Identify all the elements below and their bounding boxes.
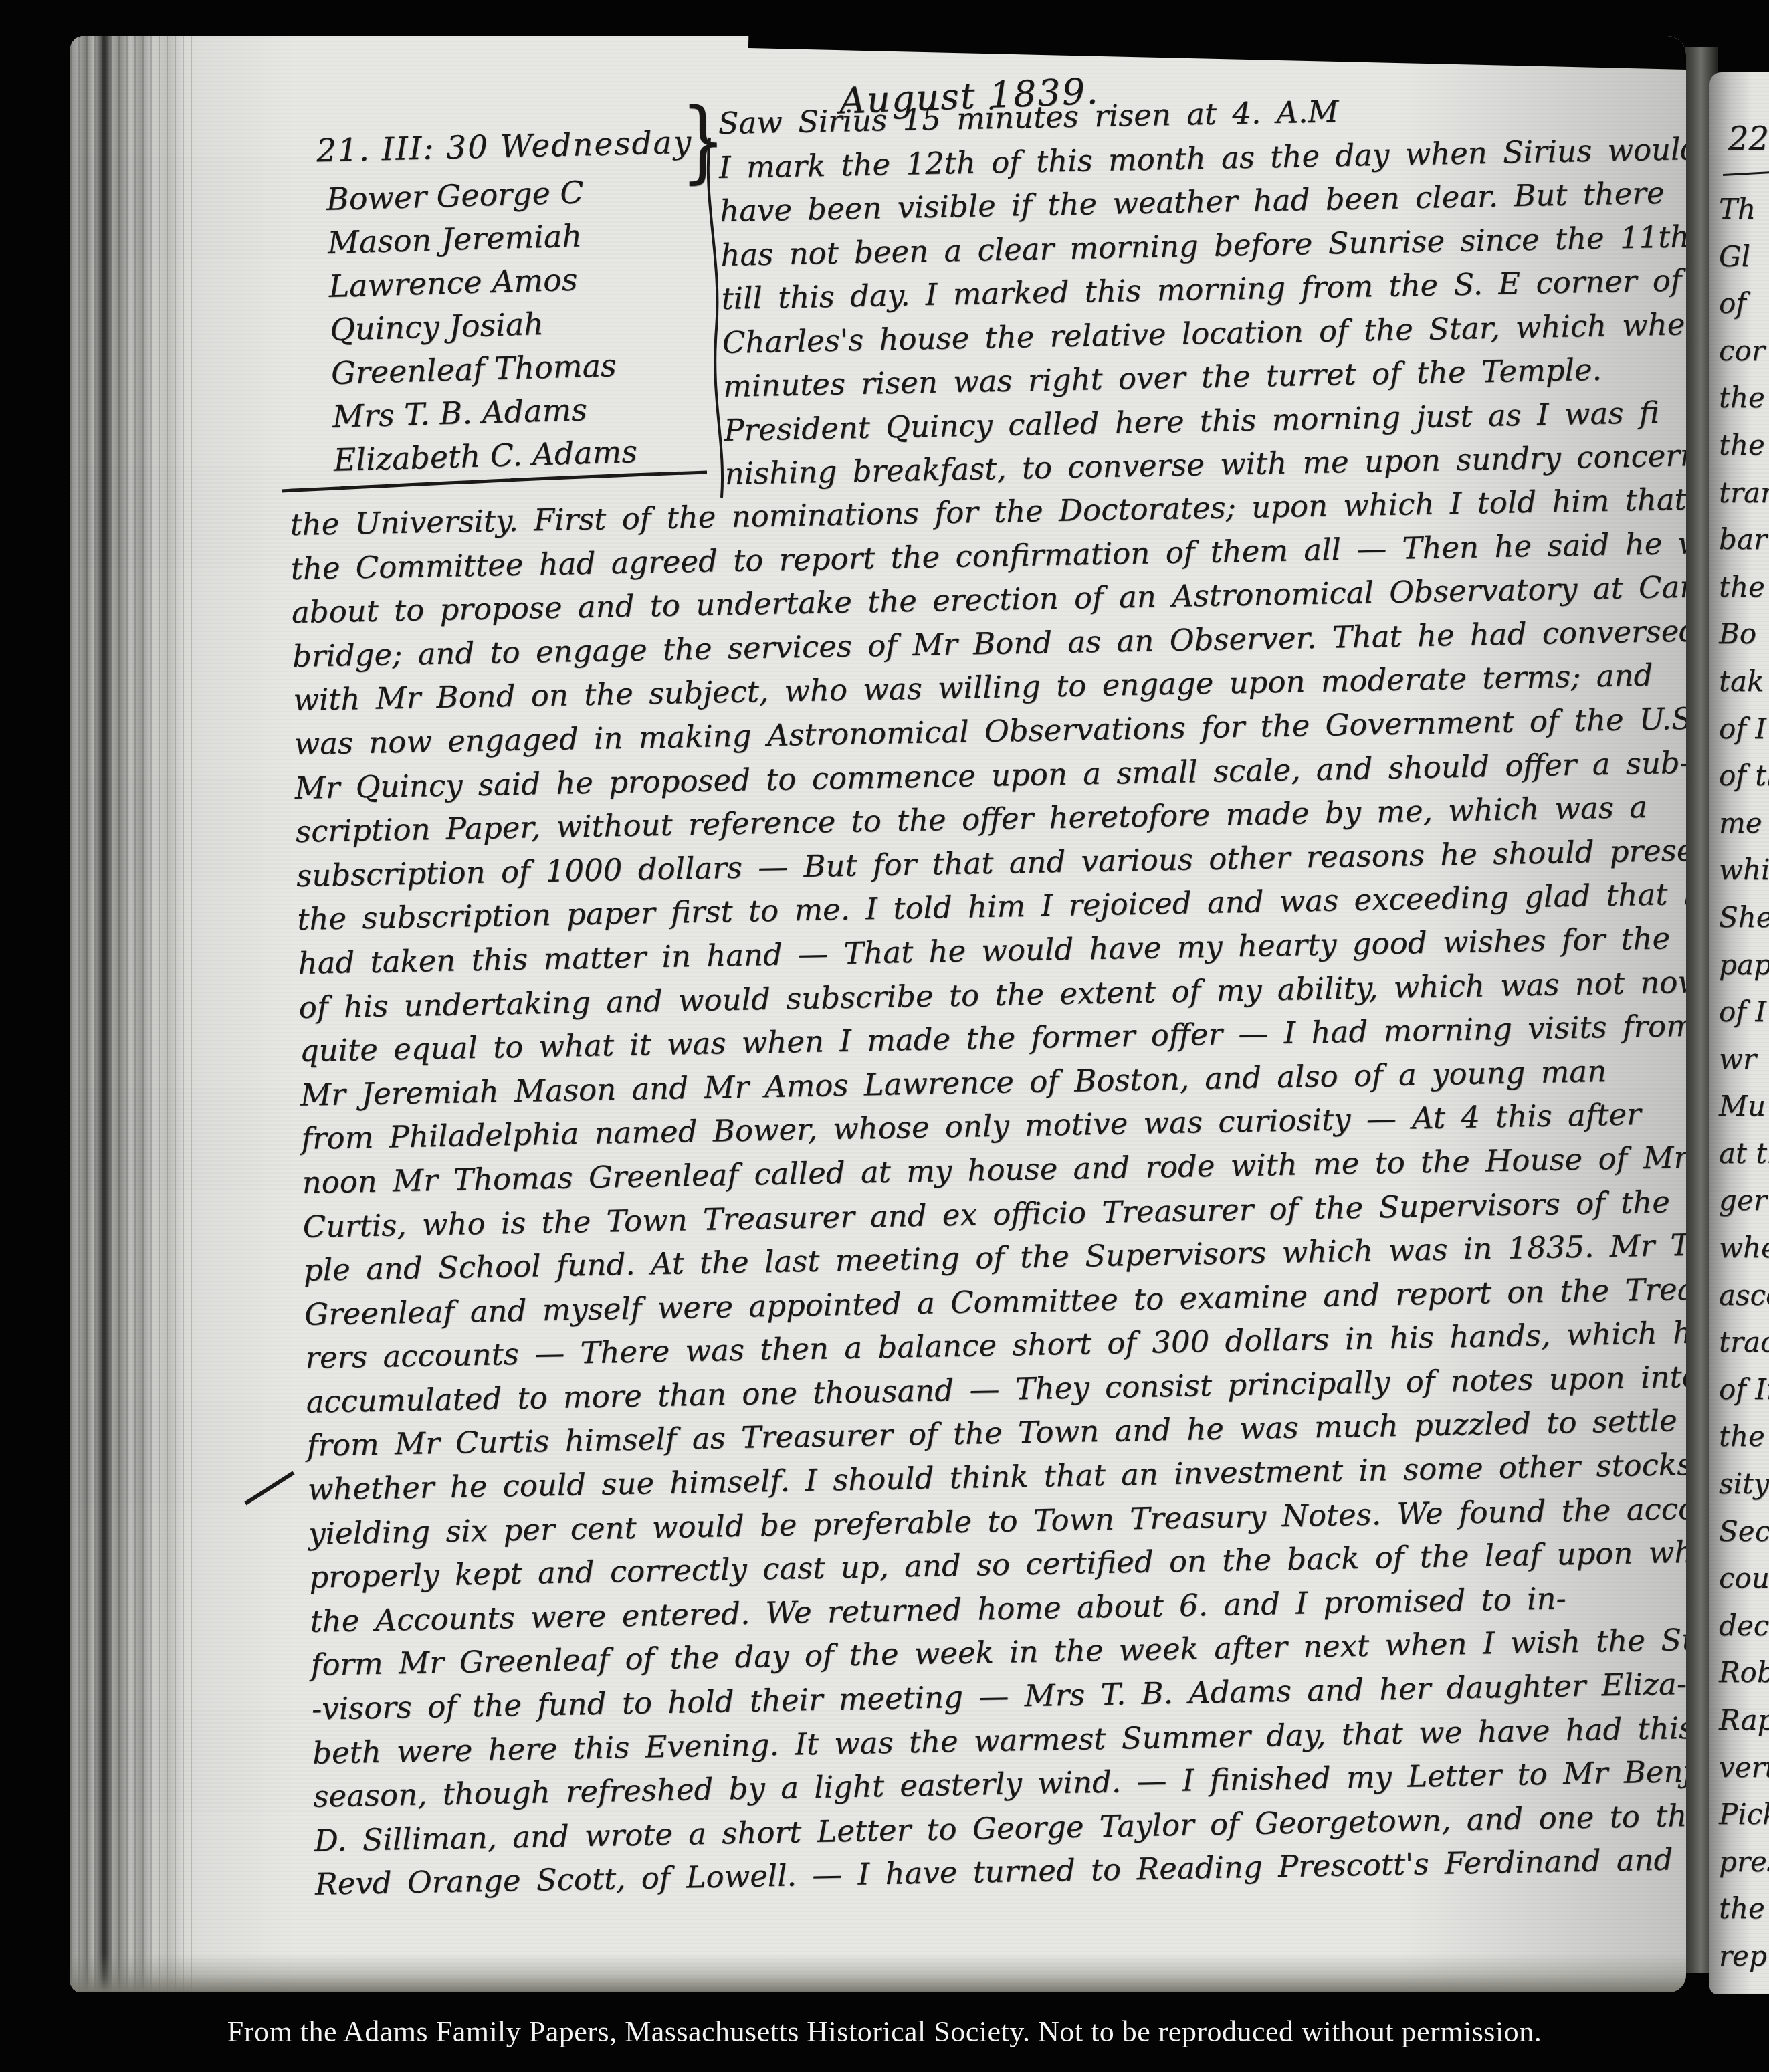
stray-ink-mark xyxy=(245,1473,294,1504)
manuscript-line-fragment: tak xyxy=(1719,658,1769,706)
manuscript-line-fragment: trar xyxy=(1719,470,1769,517)
manuscript-line-fragment: pres xyxy=(1719,1839,1769,1886)
manuscript-line-fragment: the xyxy=(1719,1413,1769,1461)
manuscript-line-fragment: Gl xyxy=(1719,233,1769,281)
facing-page-number: 22 xyxy=(1728,120,1769,158)
manuscript-line-fragment: wr xyxy=(1719,1036,1769,1083)
facing-page-heading-rule xyxy=(1723,171,1769,176)
diary-right-page-sliver: 22 ThGlofcorthethetrarbartheBotakof Iof … xyxy=(1709,72,1769,1994)
manuscript-line-fragment: Rap xyxy=(1719,1697,1769,1744)
page-top-edge-shadow xyxy=(748,36,1686,78)
manuscript-line-fragment: cou xyxy=(1719,1555,1769,1602)
manuscript-line-fragment: the xyxy=(1719,564,1769,611)
manuscript-line-fragment: of In xyxy=(1719,1366,1769,1414)
manuscript-line-fragment: Sec xyxy=(1719,1508,1769,1556)
entry-body-text: the University. First of the nominations… xyxy=(290,476,1686,1907)
visitor-name-list: Bower George CMason JeremiahLawrence Amo… xyxy=(326,169,638,482)
entry-date-heading: 21. III: 30 Wednesday xyxy=(316,124,692,170)
manuscript-line-fragment: She xyxy=(1719,894,1769,942)
manuscript-line-fragment: Bo xyxy=(1719,611,1769,658)
manuscript-line-fragment: at th xyxy=(1719,1130,1769,1178)
manuscript-line-fragment: pap xyxy=(1719,942,1769,989)
visitor-name: Greenleaf Thomas xyxy=(330,343,635,395)
manuscript-line-fragment: vert xyxy=(1719,1744,1769,1792)
manuscript-line-fragment: of I xyxy=(1719,989,1769,1036)
manuscript-line-fragment: dec xyxy=(1719,1602,1769,1650)
manuscript-line-fragment: whi xyxy=(1719,847,1769,894)
page-bottom-edge-shadow xyxy=(70,1954,1686,1992)
manuscript-photo-canvas: August 1839. 21. III: 30 Wednesday Bower… xyxy=(0,0,1769,2072)
manuscript-line-fragment: Mu xyxy=(1719,1083,1769,1130)
manuscript-line-fragment: trace xyxy=(1719,1319,1769,1366)
manuscript-line-fragment: Th xyxy=(1719,186,1769,233)
diary-left-page: August 1839. 21. III: 30 Wednesday Bower… xyxy=(70,36,1686,1992)
entry-upper-column: Saw Sirius 15 minutes risen at 4. A.MI m… xyxy=(718,82,1686,496)
manuscript-line-fragment: rep xyxy=(1719,1933,1769,1980)
manuscript-line-fragment: cor xyxy=(1719,328,1769,375)
facing-page-line-fragments: ThGlofcorthethetrarbartheBotakof Iof thm… xyxy=(1719,186,1769,1980)
manuscript-line-fragment: me xyxy=(1719,800,1769,847)
manuscript-line-fragment: the xyxy=(1719,422,1769,470)
manuscript-line-fragment: whe xyxy=(1719,1225,1769,1272)
manuscript-line-fragment: ger xyxy=(1719,1177,1769,1225)
visitor-name: Elizabeth C. Adams xyxy=(333,430,638,482)
manuscript-line-fragment: the xyxy=(1719,1885,1769,1933)
manuscript-line-fragment: the xyxy=(1719,375,1769,422)
manuscript-line-fragment: Pick xyxy=(1719,1791,1769,1839)
manuscript-line-fragment: of xyxy=(1719,280,1769,328)
manuscript-line-fragment: bar xyxy=(1719,516,1769,564)
manuscript-line-fragment: Rob xyxy=(1719,1649,1769,1697)
manuscript-line-fragment: sity xyxy=(1719,1461,1769,1508)
manuscript-line-fragment: of th xyxy=(1719,752,1769,800)
manuscript-line-fragment: of I xyxy=(1719,706,1769,753)
archive-caption: From the Adams Family Papers, Massachuse… xyxy=(0,2014,1769,2049)
book-page-edges xyxy=(70,36,199,1992)
manuscript-line-fragment: asce xyxy=(1719,1272,1769,1320)
